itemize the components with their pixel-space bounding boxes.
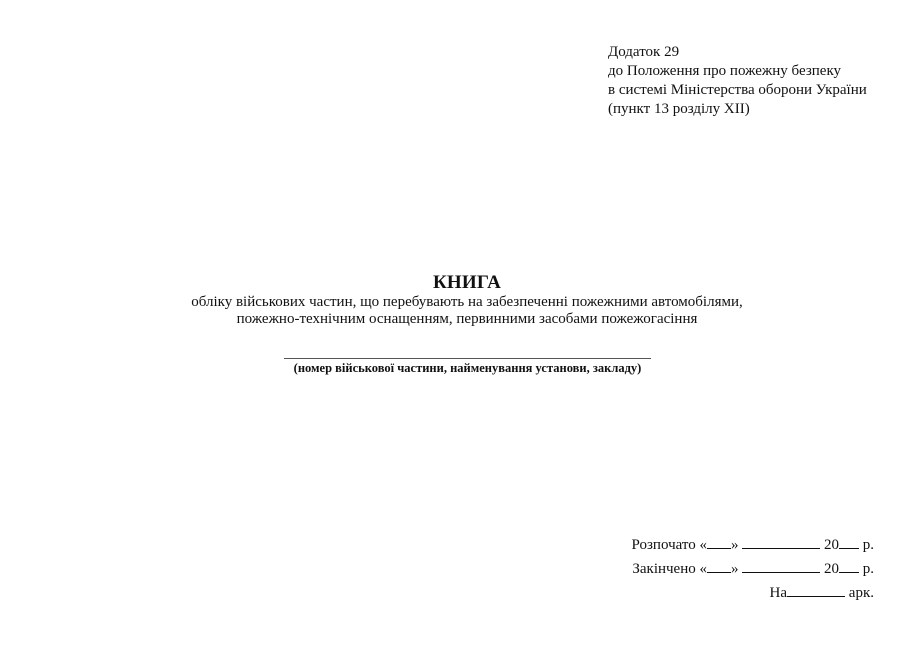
started-year-field[interactable] xyxy=(839,536,859,549)
sheets-suffix: арк. xyxy=(849,585,874,601)
finished-month-field[interactable] xyxy=(742,560,820,573)
appendix-number: Додаток 29 xyxy=(608,43,867,62)
unit-name-field[interactable] xyxy=(284,358,651,359)
started-month-field[interactable] xyxy=(742,536,820,549)
book-dates: Розпочато «» 20 р. Закінчено «» 20 р. На… xyxy=(632,533,874,605)
finished-day-field[interactable] xyxy=(707,560,731,573)
finished-year-prefix: 20 xyxy=(824,561,839,577)
started-label: Розпочато « xyxy=(632,537,707,553)
started-day-field[interactable] xyxy=(707,536,731,549)
appendix-reference: Додаток 29 до Положення про пожежну безп… xyxy=(608,43,867,119)
finished-suffix: р. xyxy=(863,561,874,577)
started-year-prefix: 20 xyxy=(824,537,839,553)
started-suffix: р. xyxy=(863,537,874,553)
finished-label: Закінчено « xyxy=(632,561,707,577)
sheets-row: На арк. xyxy=(632,581,874,605)
finished-row: Закінчено «» 20 р. xyxy=(632,557,874,581)
appendix-regulation: до Положення про пожежну безпеку xyxy=(608,62,867,81)
started-quote-close: » xyxy=(731,537,739,553)
book-title: КНИГА xyxy=(0,272,920,294)
sheets-count-field[interactable] xyxy=(787,584,845,597)
appendix-ministry: в системі Міністерства оборони України xyxy=(608,81,867,100)
book-subtitle-line-2: пожежно-технічним оснащенням, первинними… xyxy=(0,311,920,328)
document-page: Додаток 29 до Положення про пожежну безп… xyxy=(0,0,920,650)
book-subtitle-line-1: обліку військових частин, що перебувають… xyxy=(0,294,920,311)
title-block: КНИГА обліку військових частин, що переб… xyxy=(0,272,920,328)
started-row: Розпочато «» 20 р. xyxy=(632,533,874,557)
unit-name-caption: (номер військової частини, найменування … xyxy=(284,361,651,376)
finished-quote-close: » xyxy=(731,561,739,577)
sheets-prefix: На xyxy=(770,585,788,601)
appendix-clause: (пункт 13 розділу XII) xyxy=(608,100,867,119)
finished-year-field[interactable] xyxy=(839,560,859,573)
